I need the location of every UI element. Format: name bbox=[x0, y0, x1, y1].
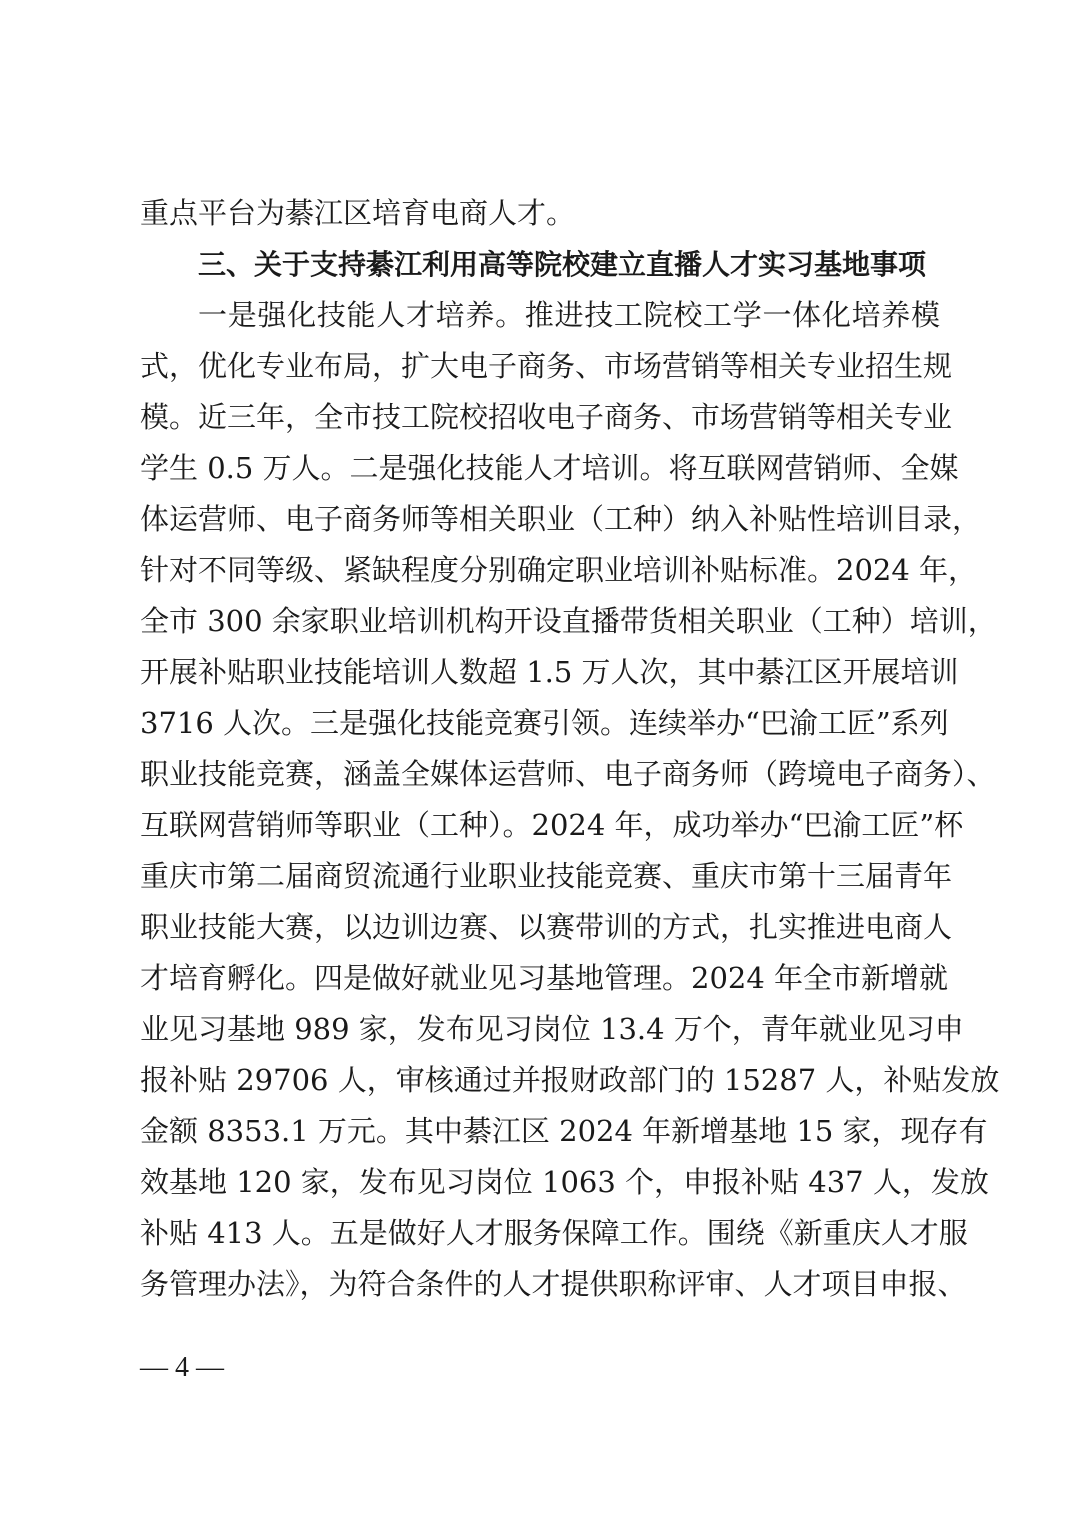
text-line: 报补贴 29706 人，审核通过并报财政部门的 15287 人，补贴发放 bbox=[140, 1055, 940, 1106]
section-heading: 三、关于支持綦江利用高等院校建立直播人才实习基地事项 bbox=[140, 239, 940, 290]
text-line: 互联网营销师等职业（工种）。2024 年，成功举办“巴渝工匠”杯 bbox=[140, 800, 940, 851]
document-body: 重点平台为綦江区培育电商人才。 三、关于支持綦江利用高等院校建立直播人才实习基地… bbox=[140, 188, 940, 1310]
text-line: 重庆市第二届商贸流通行业职业技能竞赛、重庆市第十三届青年 bbox=[140, 851, 940, 902]
text-line: 学生 0.5 万人。二是强化技能人才培训。将互联网营销师、全媒 bbox=[140, 443, 940, 494]
text-line: 金额 8353.1 万元。其中綦江区 2024 年新增基地 15 家，现存有 bbox=[140, 1106, 940, 1157]
paragraph-first-line: 一是强化技能人才培养。推进技工院校工学一体化培养模 bbox=[140, 290, 940, 341]
text-line: 全市 300 余家职业培训机构开设直播带货相关职业（工种）培训， bbox=[140, 596, 940, 647]
text-line: 开展补贴职业技能培训人数超 1.5 万人次，其中綦江区开展培训 bbox=[140, 647, 940, 698]
page-number: — 4 — bbox=[140, 1352, 224, 1384]
text-line: 职业技能竞赛，涵盖全媒体运营师、电子商务师（跨境电子商务）、 bbox=[140, 749, 940, 800]
text-line: 式，优化专业布局，扩大电子商务、市场营销等相关专业招生规 bbox=[140, 341, 940, 392]
text-line: 体运营师、电子商务师等相关职业（工种）纳入补贴性培训目录， bbox=[140, 494, 940, 545]
text-line: 才培育孵化。四是做好就业见习基地管理。2024 年全市新增就 bbox=[140, 953, 940, 1004]
text-line: 职业技能大赛，以边训边赛、以赛带训的方式，扎实推进电商人 bbox=[140, 902, 940, 953]
text-line: 模。近三年，全市技工院校招收电子商务、市场营销等相关专业 bbox=[140, 392, 940, 443]
text-line: 业见习基地 989 家，发布见习岗位 13.4 万个，青年就业见习申 bbox=[140, 1004, 940, 1055]
text-line: 针对不同等级、紧缺程度分别确定职业培训补贴标准。2024 年， bbox=[140, 545, 940, 596]
text-line: 务管理办法》，为符合条件的人才提供职称评审、人才项目申报、 bbox=[140, 1259, 940, 1310]
text-line: 补贴 413 人。五是做好人才服务保障工作。围绕《新重庆人才服 bbox=[140, 1208, 940, 1259]
text-line: 3716 人次。三是强化技能竞赛引领。连续举办“巴渝工匠”系列 bbox=[140, 698, 940, 749]
text-line: 效基地 120 家，发布见习岗位 1063 个，申报补贴 437 人，发放 bbox=[140, 1157, 940, 1208]
text-line: 重点平台为綦江区培育电商人才。 bbox=[140, 188, 940, 239]
